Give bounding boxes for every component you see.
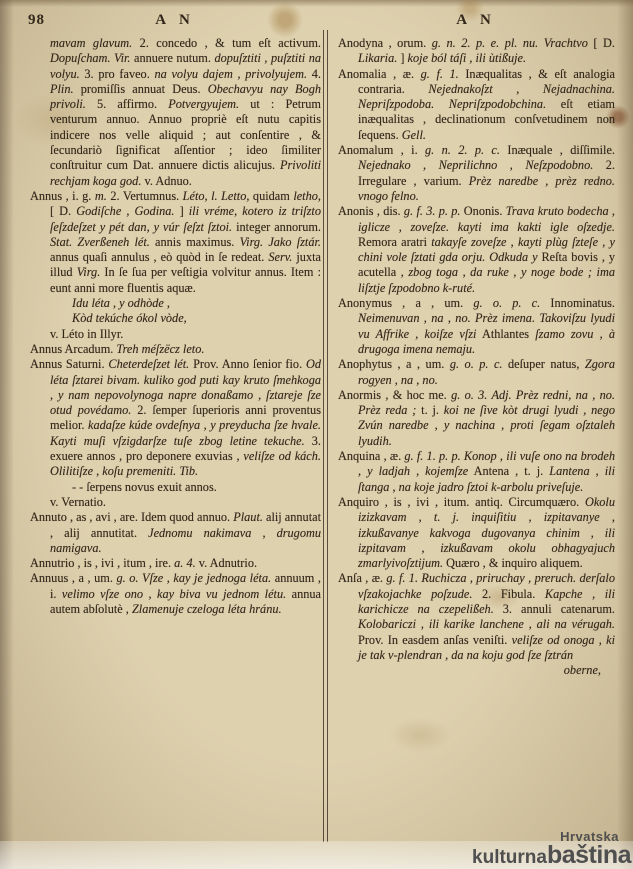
roman-text-run: annis maximus. bbox=[150, 235, 240, 249]
watermark-bastina: baština bbox=[547, 841, 631, 869]
roman-text-run: Anquiro , is , ivi , itum. antiq. Circum… bbox=[338, 495, 585, 509]
italic-text-run: na volyu dajem , privolyujem. bbox=[154, 67, 307, 81]
roman-text-run: v. Vernatio. bbox=[50, 495, 106, 509]
roman-text-run: integer annorum. bbox=[232, 220, 321, 234]
italic-text-run: mavam glavum. bbox=[50, 36, 132, 50]
roman-text-run: 4. bbox=[307, 67, 321, 81]
roman-text-run: Prov. Anno ſenior fio. bbox=[189, 357, 306, 371]
roman-text-run: annus quaſi annulus , eò quòd in ſe rede… bbox=[50, 250, 268, 264]
dictionary-entry: Anormis , & hoc me. g. o. 3. Adj. Prèz r… bbox=[338, 388, 615, 449]
roman-text-run: Annuus , a , um. bbox=[30, 571, 116, 585]
roman-text-run: ] bbox=[175, 204, 189, 218]
italic-text-run: Cheterdeſzet lét. bbox=[108, 357, 189, 371]
italic-text-run: kadaſze kúde ovdeſnya , y preyducha ſze … bbox=[50, 418, 321, 447]
roman-text-run: ] bbox=[397, 51, 407, 65]
italic-text-run: oberne, bbox=[564, 663, 601, 677]
roman-text-run: Remora aratri bbox=[358, 235, 431, 249]
italic-text-run: g. f. 3. p. p. bbox=[404, 204, 461, 218]
roman-text-run: promiſſis annuat Deus. bbox=[74, 82, 208, 96]
roman-text-run: Anophytus , a , um. bbox=[338, 357, 450, 371]
roman-text-run: Prov. In easdem anſas veniſti. bbox=[358, 633, 512, 647]
running-title-left: A N bbox=[30, 12, 320, 29]
running-title-right: A N bbox=[338, 12, 614, 29]
roman-text-run: v. Adnutrio. bbox=[196, 556, 257, 570]
roman-text-run: Antena , t. j. bbox=[468, 464, 549, 478]
italic-text-run: letho, bbox=[293, 189, 321, 203]
italic-text-run: velimo vſze ono , kay biva vu jednom lét… bbox=[62, 587, 286, 601]
column-divider-rule bbox=[323, 30, 328, 842]
roman-text-run: Anquina , æ. bbox=[338, 449, 404, 463]
italic-text-run: Likaria. bbox=[358, 51, 397, 65]
dictionary-entry: Annus Saturni. Cheterdeſzet lét. Prov. A… bbox=[30, 357, 321, 479]
roman-text-run: Anonymus , a , um. bbox=[338, 296, 473, 310]
watermark-kulturna: kulturna bbox=[472, 847, 547, 868]
dictionary-entry: Anodyna , orum. g. n. 2. p. e. pl. nu. V… bbox=[338, 36, 615, 67]
roman-text-run: 2. Fibula. bbox=[472, 587, 545, 601]
roman-text-run: v. Léto in Illyr. bbox=[50, 327, 123, 341]
roman-text-run: Annus , i. g. bbox=[30, 189, 95, 203]
roman-text-run: Annus Arcadum. bbox=[30, 342, 116, 356]
italic-text-run: Treh méſzëcz leto. bbox=[116, 342, 204, 356]
italic-text-run: Kòd tekúche ókol vòde, bbox=[72, 311, 187, 325]
roman-text-run: Athlantes bbox=[476, 327, 535, 341]
italic-text-run: Potvergyujem. bbox=[168, 97, 239, 111]
dictionary-entry: Annuus , a , um. g. o. Vſze , kay je jed… bbox=[30, 571, 321, 617]
watermark: Hrvatska kulturnabaština bbox=[472, 830, 631, 868]
roman-text-run: quidam bbox=[249, 189, 293, 203]
roman-text-run: 3. pro faveo. bbox=[80, 67, 155, 81]
italic-text-run: koje ból táſi , ili ùtißuje. bbox=[408, 51, 527, 65]
roman-text-run: Quæro , & inquiro aliquem. bbox=[443, 556, 583, 570]
verse-line: Idu léta , y odhòde , bbox=[30, 296, 321, 311]
roman-text-run: 5. affirmo. bbox=[86, 97, 168, 111]
text-column-right: Anodyna , orum. g. n. 2. p. e. pl. nu. V… bbox=[338, 36, 615, 678]
italic-text-run: Virg. bbox=[77, 265, 101, 279]
italic-text-run: Gell. bbox=[402, 128, 426, 142]
verse-line: Kòd tekúche ókol vòde, bbox=[30, 311, 321, 326]
roman-text-run: Anomalum , i. bbox=[338, 143, 425, 157]
roman-text-run: Annus Saturni. bbox=[30, 357, 108, 371]
italic-text-run: Plin. bbox=[50, 82, 74, 96]
dictionary-entry: v. Léto in Illyr. bbox=[30, 327, 321, 342]
roman-text-run: [ D. bbox=[50, 204, 76, 218]
italic-text-run: g. f. 1. bbox=[421, 67, 459, 81]
dictionary-entry: Annus , i. g. m. 2. Vertumnus. Léto, l. … bbox=[30, 189, 321, 296]
roman-text-run: - - ſerpens novus exuit annos. bbox=[72, 480, 217, 494]
dictionary-entry: Anonymus , a , um. g. o. p. c. Innominat… bbox=[338, 296, 615, 357]
italic-text-run: m. bbox=[95, 189, 107, 203]
dictionary-entry: Annus Arcadum. Treh méſzëcz leto. bbox=[30, 342, 321, 357]
italic-text-run: Nejednako , Neprilichno , Neſzpodobno. bbox=[358, 158, 593, 172]
italic-text-run: Idu léta , y odhòde , bbox=[72, 296, 170, 310]
italic-text-run: Plaut. bbox=[233, 510, 263, 524]
roman-text-run: Innominatus. bbox=[540, 296, 615, 310]
dictionary-entry: Anomalum , i. g. n. 2. p. c. Inæquale , … bbox=[338, 143, 615, 204]
dictionary-entry: Anonis , dis. g. f. 3. p. p. Ononis. Tra… bbox=[338, 204, 615, 296]
roman-text-run: Anomalia , æ. bbox=[338, 67, 421, 81]
dictionary-entry: Annuto , as , avi , are. Idem quod annuo… bbox=[30, 510, 321, 556]
verse-line: - - ſerpens novus exuit annos. bbox=[30, 480, 321, 495]
italic-text-run: Virg. Jako ſztár. bbox=[240, 235, 321, 249]
roman-text-run: Inæquale , diſſimile. bbox=[500, 143, 615, 157]
dictionary-entry: Anomalia , æ. g. f. 1. Inæqualitas , & e… bbox=[338, 67, 615, 143]
catchword: oberne, bbox=[338, 663, 615, 678]
italic-text-run: g. o. p. c. bbox=[450, 357, 503, 371]
dictionary-entry: v. Vernatio. bbox=[30, 495, 321, 510]
dictionary-entry: Anquina , æ. g. f. 1. p. p. Konop , ili … bbox=[338, 449, 615, 495]
roman-text-run: Anormis , & hoc me. bbox=[338, 388, 451, 402]
roman-text-run: v. Adnuo. bbox=[141, 174, 191, 188]
italic-text-run: g. o. Vſze , kay je jednoga léta. bbox=[116, 571, 271, 585]
roman-text-run: [ D. bbox=[588, 36, 615, 50]
scanned-book-page: 98 A N A N mavam glavum. 2. concedo , & … bbox=[0, 0, 633, 869]
dictionary-entry: Anquiro , is , ivi , itum. antiq. Circum… bbox=[338, 495, 615, 571]
italic-text-run: Zlamenuje czeloga léta hránu. bbox=[132, 602, 282, 616]
roman-text-run: Anſa , æ. bbox=[338, 571, 386, 585]
italic-text-run: g. o. p. c. bbox=[473, 296, 540, 310]
roman-text-run: Anodyna , orum. bbox=[338, 36, 432, 50]
roman-text-run: Anonis , dis. bbox=[338, 204, 404, 218]
italic-text-run: Serv. bbox=[268, 250, 292, 264]
dictionary-entry: mavam glavum. 2. concedo , & tum eſt act… bbox=[30, 36, 321, 189]
roman-text-run: Annutrio , is , ivi , itum , ire. bbox=[30, 556, 174, 570]
roman-text-run: 2. concedo , & tum eſt activum. bbox=[132, 36, 321, 50]
text-column-left: mavam glavum. 2. concedo , & tum eſt act… bbox=[30, 36, 321, 617]
italic-text-run: Godiſche , Godina. bbox=[76, 204, 174, 218]
dictionary-entry: Anophytus , a , um. g. o. p. c. deſuper … bbox=[338, 357, 615, 388]
roman-text-run: 3. annuli catenarum. bbox=[494, 602, 615, 616]
italic-text-run: Dopuſcham. Vir. bbox=[50, 51, 130, 65]
italic-text-run: g. n. 2. p. e. pl. nu. Vrachtvo bbox=[432, 36, 588, 50]
italic-text-run: Léto, l. Letto, bbox=[183, 189, 250, 203]
roman-text-run: Ononis. bbox=[461, 204, 506, 218]
italic-text-run: Stat. Zverßeneh lét. bbox=[50, 235, 150, 249]
watermark-line2: kulturnabaština bbox=[472, 843, 631, 868]
roman-text-run: deſuper natus, bbox=[503, 357, 585, 371]
italic-text-run: g. n. 2. p. c. bbox=[425, 143, 500, 157]
roman-text-run: annuere nutum. bbox=[130, 51, 214, 65]
roman-text-run: t. j. bbox=[416, 403, 443, 417]
italic-text-run: Kolobariczi , ili karike lanchene , ali … bbox=[358, 617, 615, 631]
roman-text-run: 2. Vertumnus. bbox=[107, 189, 183, 203]
dictionary-entry: Anſa , æ. g. f. 1. Ruchicza , priruchay … bbox=[338, 571, 615, 663]
italic-text-run: a. 4. bbox=[174, 556, 196, 570]
roman-text-run: Annuto , as , avi , are. Idem quod annuo… bbox=[30, 510, 233, 524]
dictionary-entry: Annutrio , is , ivi , itum , ire. a. 4. … bbox=[30, 556, 321, 571]
